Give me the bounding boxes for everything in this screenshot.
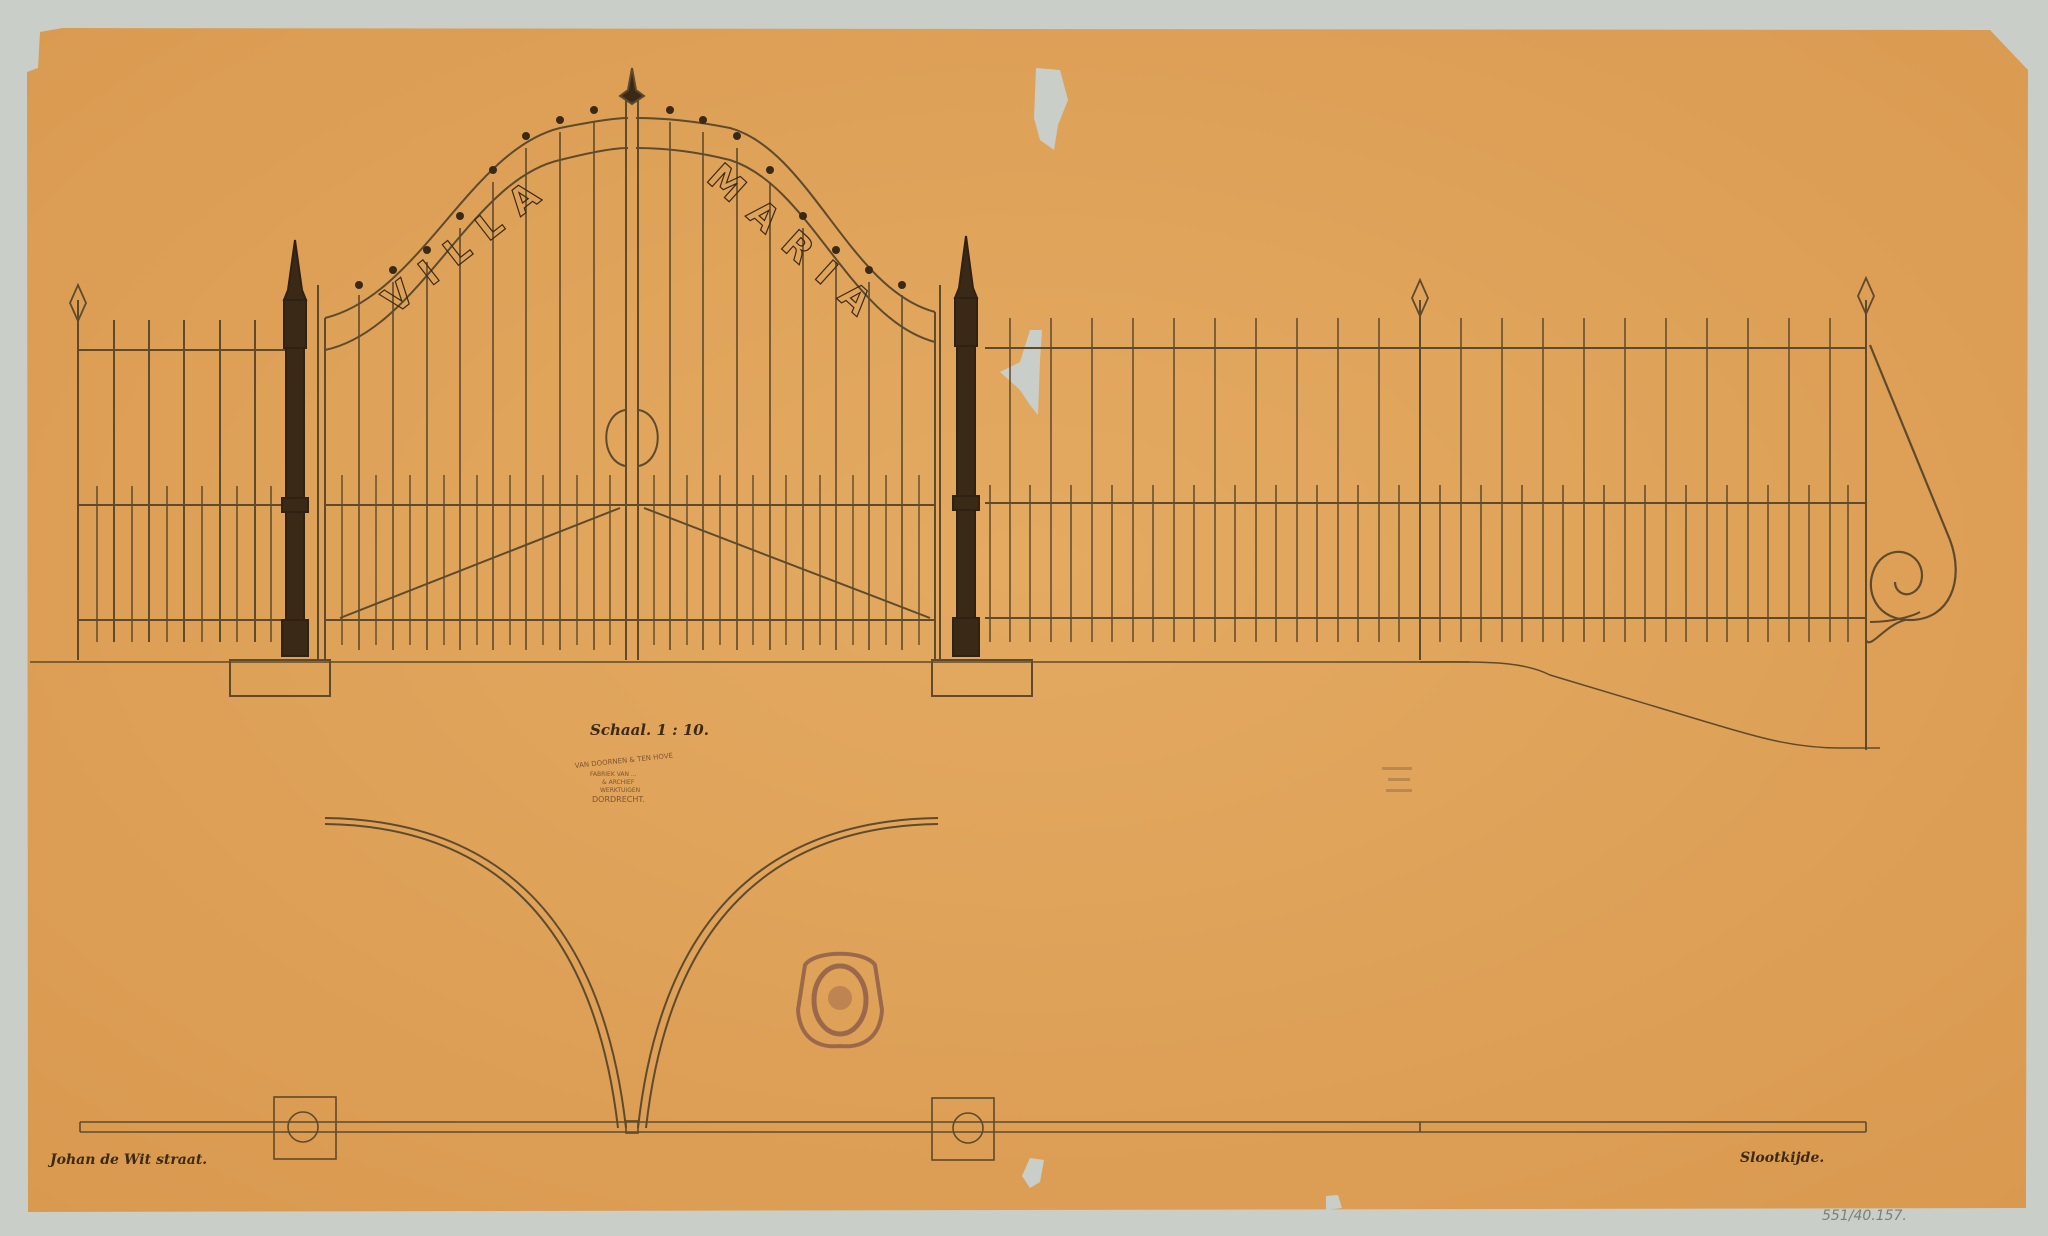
scale-label: Schaal. 1 : 10. [590, 721, 709, 739]
street-label-left: Johan de Wit straat. [47, 1152, 207, 1168]
svg-text:DORDRECHT.: DORDRECHT. [592, 795, 645, 804]
street-label-right: Slootkijde. [1740, 1150, 1824, 1166]
architectural-drawing: VILLA MARIA Schaal. 1 : 10. VAN DOORNEN … [0, 0, 2048, 1236]
svg-text:& ARCHIEF: & ARCHIEF [602, 779, 635, 786]
catalog-number: 551/40.157. [1822, 1208, 1907, 1224]
svg-text:WERKTUIGEN: WERKTUIGEN [600, 787, 640, 794]
svg-text:FABRIEK VAN ...: FABRIEK VAN ... [590, 771, 637, 778]
left-gate-pillar [282, 240, 308, 656]
right-gate-pillar [953, 236, 979, 656]
